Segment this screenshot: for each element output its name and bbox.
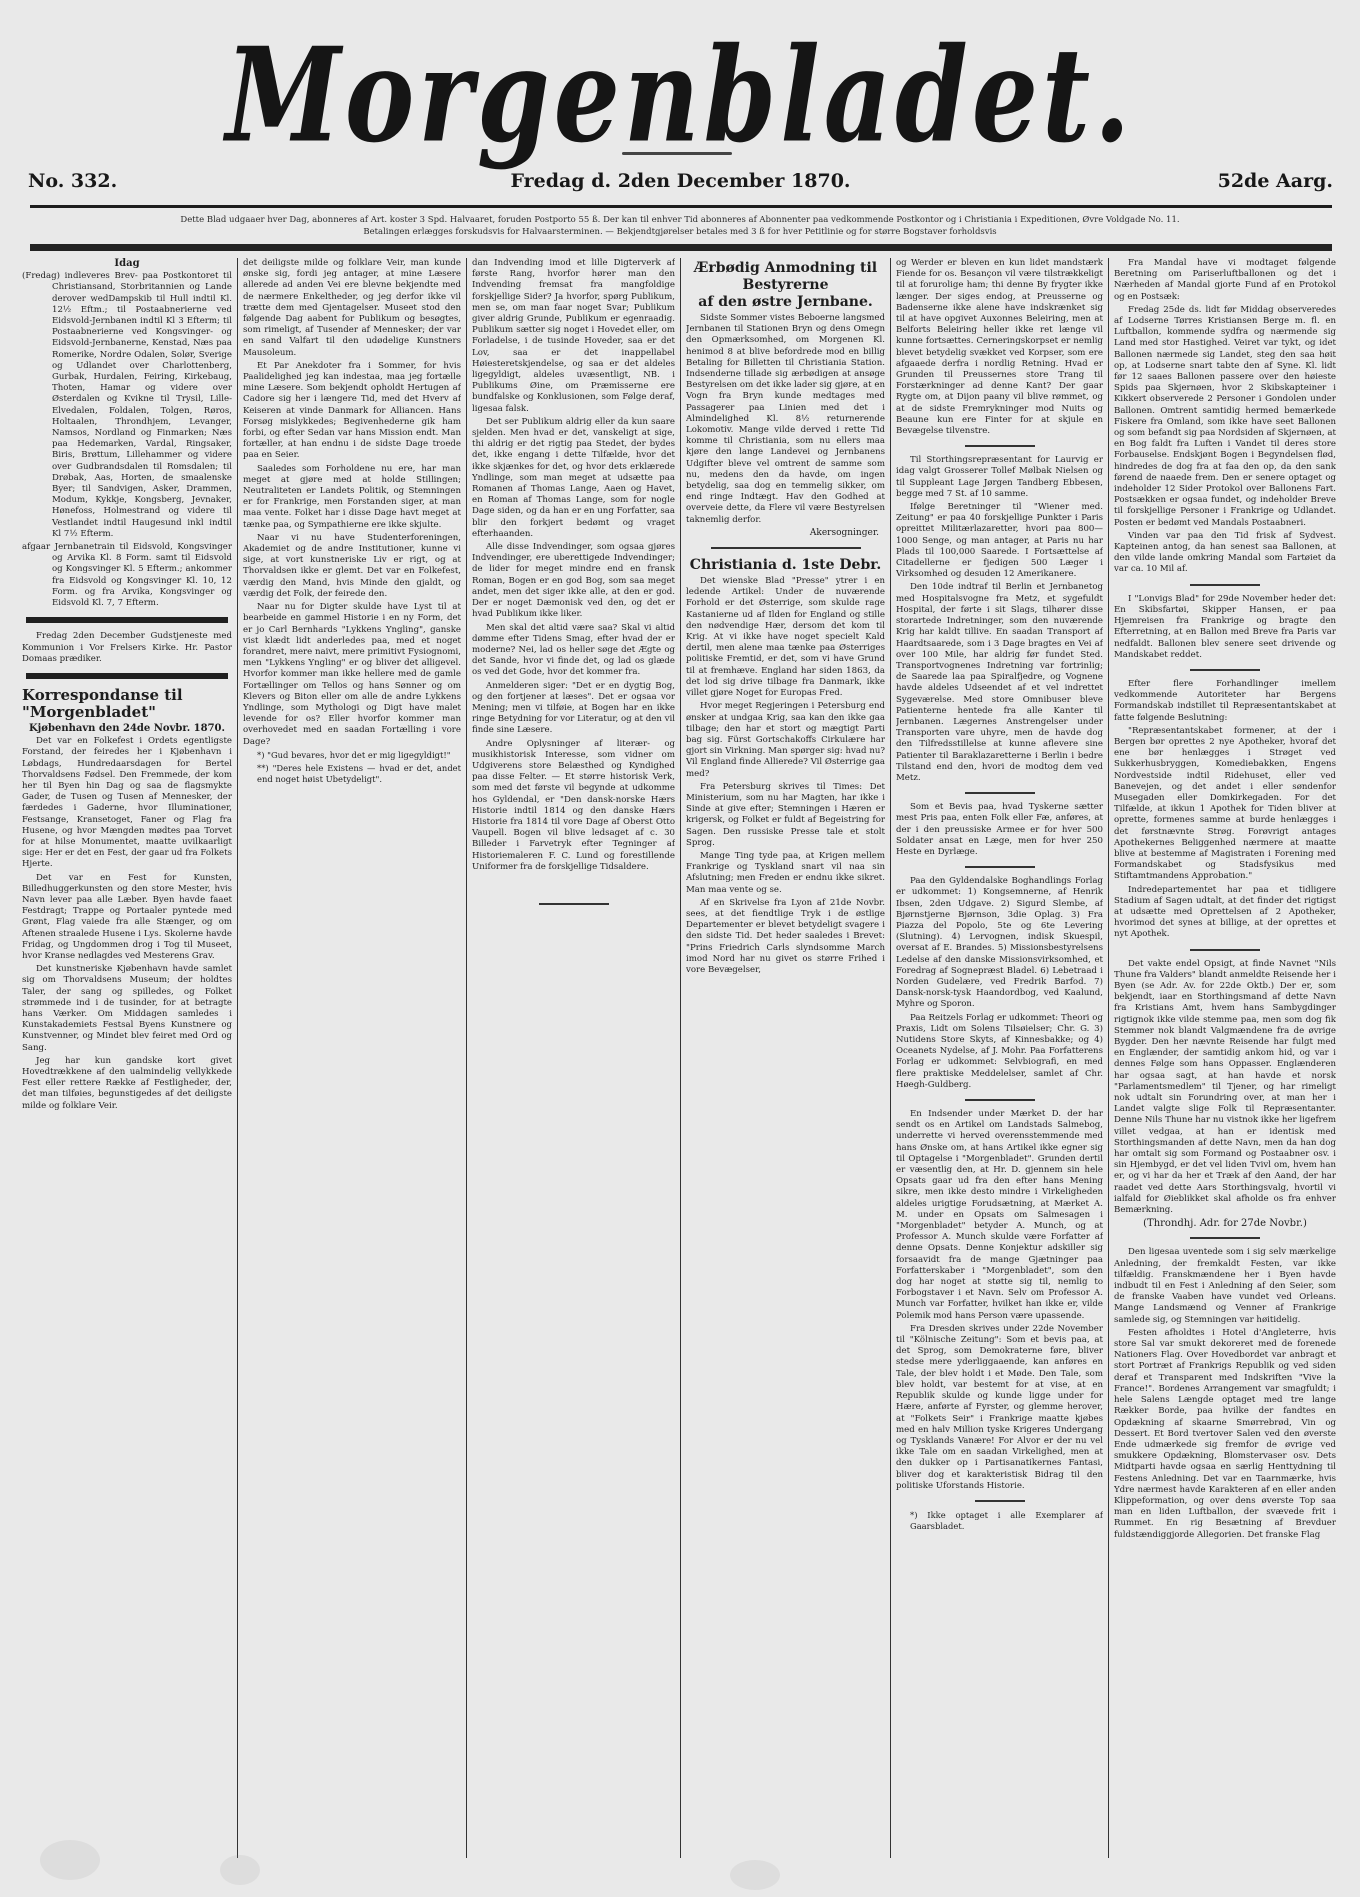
book-notice: Paa Reitzels Forlag er udkommet: Theori … [896,1013,1103,1091]
article-paragraph: Det wienske Blad "Presse" ytrer i en led… [686,576,885,699]
article-paragraph: Naar nu for Digter skulde have Lyst til … [243,602,461,748]
title-ornament [622,152,732,155]
section-rule [975,1500,1025,1502]
column-divider [1108,258,1109,1858]
article-paragraph: Vinden var paa den Tid frisk af Sydvest.… [1114,531,1336,576]
article-paragraph: Men skal det altid være saa? Skal vi alt… [472,623,675,679]
subscription-line-2: Betalingen erlægges forskudsvis for Halv… [0,226,1360,238]
article-paragraph: Den ligesaa uventede som i sig selv mærk… [1114,1247,1336,1325]
column-5: og Werder er bleven en kun lidet mandstæ… [896,258,1103,1838]
railway-schedule: afgaar Jernbanetrain til Eidsvold, Kongs… [22,542,232,609]
section-rule [965,1099,1035,1101]
article-paragraph: Naar vi nu have Studenterforeningen, Aka… [243,533,461,600]
section-bar [26,673,228,679]
issue-date: Fredag d. 2den December 1870. [28,170,1333,192]
section-bar [26,617,228,623]
article-dateline: Kjøbenhavn den 24de Novbr. 1870. [22,723,232,734]
book-notice: Paa den Gyldendalske Boghandlings Forlag… [896,876,1103,1010]
masthead: Morgenbladet. No. 332. Fredag d. 2den De… [0,0,1360,200]
article-paragraph: Efter flere Forhandlinger imellem vedkom… [1114,679,1336,724]
column-4: Ærbødig Anmodning til Bestyrerne af den … [686,258,885,1838]
header-band [30,244,1332,251]
volume-year: 52de Aarg. [1218,170,1333,192]
section-rule [1190,669,1260,671]
article-paragraph: Hvor meget Regjeringen i Petersburg end … [686,701,885,779]
article-paragraph: Det kunstneriske Kjøbenhavn havde samlet… [22,964,232,1054]
column-divider [466,258,467,1858]
column-2: det deiligste milde og folklare Veir, ma… [243,258,461,1838]
article-paragraph: Andre Oplysninger af literær- og musikhi… [472,739,675,873]
article-paragraph: Fra Petersburg skrives til Times: Det Mi… [686,782,885,849]
editorial-notice: En Indsender under Mærket D. der har sen… [896,1109,1103,1322]
section-rule [1190,584,1260,586]
section-rule [1190,1237,1260,1239]
subscription-line-1: Dette Blad udgaaer hver Dag, abonneres a… [0,214,1360,226]
article-paragraph: Anmelderen siger: "Det er en dygtig Bog,… [472,681,675,737]
article-paragraph: Som et Bevis paa, hvad Tyskerne sætter m… [896,802,1103,858]
article-paragraph: Festen afholdtes i Hotel d'Angleterre, h… [1114,1328,1336,1541]
article-paragraph: Fra Mandal have vi modtaget følgende Ber… [1114,258,1336,303]
section-rule [965,792,1035,794]
section-rule [1190,949,1260,951]
article-paragraph: Det ser Publikum aldrig eller da kun saa… [472,417,675,540]
article-signature: Akersogninger. [686,528,879,539]
section-rule [965,445,1035,447]
article-paragraph: Sidste Sommer vistes Beboerne langsmed J… [686,313,885,526]
column-1: Idag (Fredag) indleveres Brev- paa Postk… [22,258,232,1838]
section-rule [711,547,861,549]
column-divider [680,258,681,1858]
article-heading-railway: Ærbødig Anmodning til Bestyrerne af den … [686,260,885,311]
footnote: *) Ikke optaget i alle Exemplarer af Gaa… [896,1510,1103,1532]
dateline: No. 332. Fredag d. 2den December 1870. 5… [28,170,1333,196]
article-paragraph: Ifølge Beretninger til "Wiener med. Zeit… [896,502,1103,580]
subscription-info: Dette Blad udgaaer hver Dag, abonneres a… [0,214,1360,238]
church-notice: Fredag 2den December Gudstjeneste med Ko… [22,631,232,665]
source-citation: (Throndhj. Adr. for 27de Novbr.) [1114,1218,1336,1229]
footnote: **) "Deres hele Existens — hvad er det, … [243,763,461,785]
newspaper-title: Morgenbladet. [0,18,1360,172]
article-paragraph: det deiligste milde og folklare Veir, ma… [243,258,461,359]
paper-stain [220,1855,260,1885]
section-rule [965,866,1035,868]
article-heading-christiania: Christiania d. 1ste Debr. [686,557,885,574]
paper-stain [730,1860,780,1890]
column-3: dan Indvending imod et lille Digterverk … [472,258,675,1838]
article-paragraph: Det var en Folkefest i Ordets egentligst… [22,736,232,870]
column-6: Fra Mandal have vi modtaget følgende Ber… [1114,258,1336,1838]
idag-heading: Idag [22,258,232,269]
article-paragraph: Jeg har kun gandske kort givet Hovedtræk… [22,1056,232,1112]
article-paragraph: I "Lonvigs Blad" for 29de November heder… [1114,594,1336,661]
masthead-rule [30,205,1332,208]
idag-notice: (Fredag) indleveres Brev- paa Postkontor… [22,271,232,540]
footnote: *) "Gud bevares, hvor det er mig ligegyl… [243,750,461,761]
article-paragraph: Saaledes som Forholdene nu ere, har man … [243,464,461,531]
column-divider [890,258,891,1858]
article-paragraph: Fra Dresden skrives under 22de November … [896,1324,1103,1492]
article-paragraph: Alle disse Indvendinger, som ogsaa gjøre… [472,542,675,620]
storting-notice: Til Storthingsrepræsentant for Laurvig e… [896,455,1103,500]
column-divider [237,258,238,1858]
article-paragraph: og Werder er bleven en kun lidet mandstæ… [896,258,1103,437]
article-paragraph: Fredag 25de ds. lidt før Middag observer… [1114,305,1336,529]
article-paragraph: Af en Skrivelse fra Lyon af 21de Novbr. … [686,898,885,976]
end-rule [539,903,609,905]
article-paragraph: Det var en Fest for Kunsten, Billedhugge… [22,873,232,963]
article-paragraph: "Repræsentantskabet formener, at der i B… [1114,726,1336,883]
article-paragraph: dan Indvending imod et lille Digterverk … [472,258,675,415]
paper-stain [40,1840,100,1880]
article-heading-korrespondanse: Korrespondanse til "Morgenbladet" [22,687,232,721]
article-paragraph: Mange Ting tyde paa, at Krigen mellem Fr… [686,851,885,896]
article-paragraph: Den 10de indtraf til Berlin et Jernbanet… [896,582,1103,784]
article-paragraph: Et Par Anekdoter fra i Sommer, for hvis … [243,361,461,462]
article-paragraph: Det vakte endel Opsigt, at finde Navnet … [1114,959,1336,1217]
article-paragraph: Indredepartementet har paa et tidligere … [1114,885,1336,941]
